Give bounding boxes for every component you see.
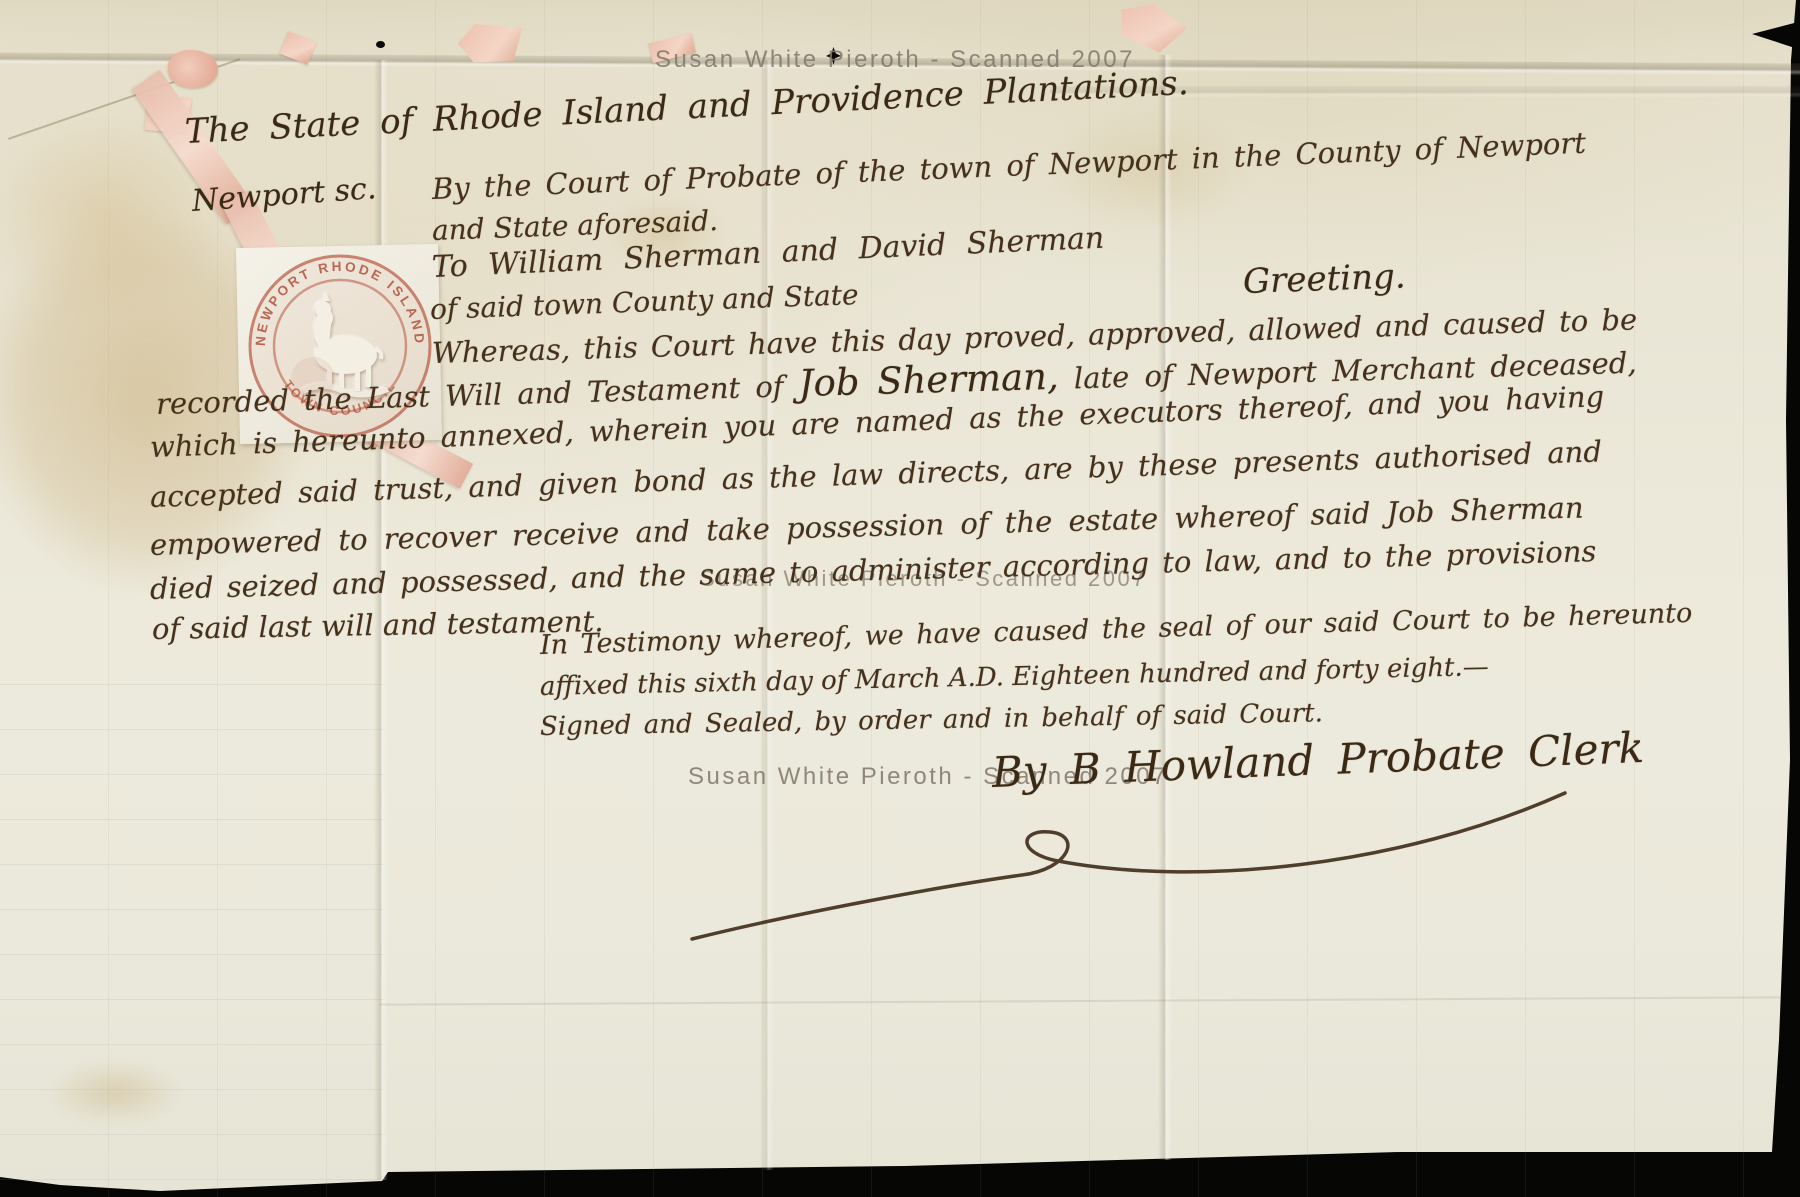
- signature-flourish: [620, 775, 1580, 960]
- scanned-document-canvas: NEWPORT RHODE ISLAND TOWN COUNCIL Susan …: [0, 0, 1800, 1197]
- paper-pinhole: [376, 41, 385, 48]
- paper-stain-bottom-left: [25, 1050, 205, 1135]
- greeting-line: Greeting.: [1242, 256, 1406, 302]
- testator-name: Job Sherman,: [798, 355, 1059, 405]
- ribbon-rosette: [168, 50, 218, 88]
- edge-notch: [1752, 22, 1798, 49]
- vertical-fold-right: [1158, 55, 1172, 1160]
